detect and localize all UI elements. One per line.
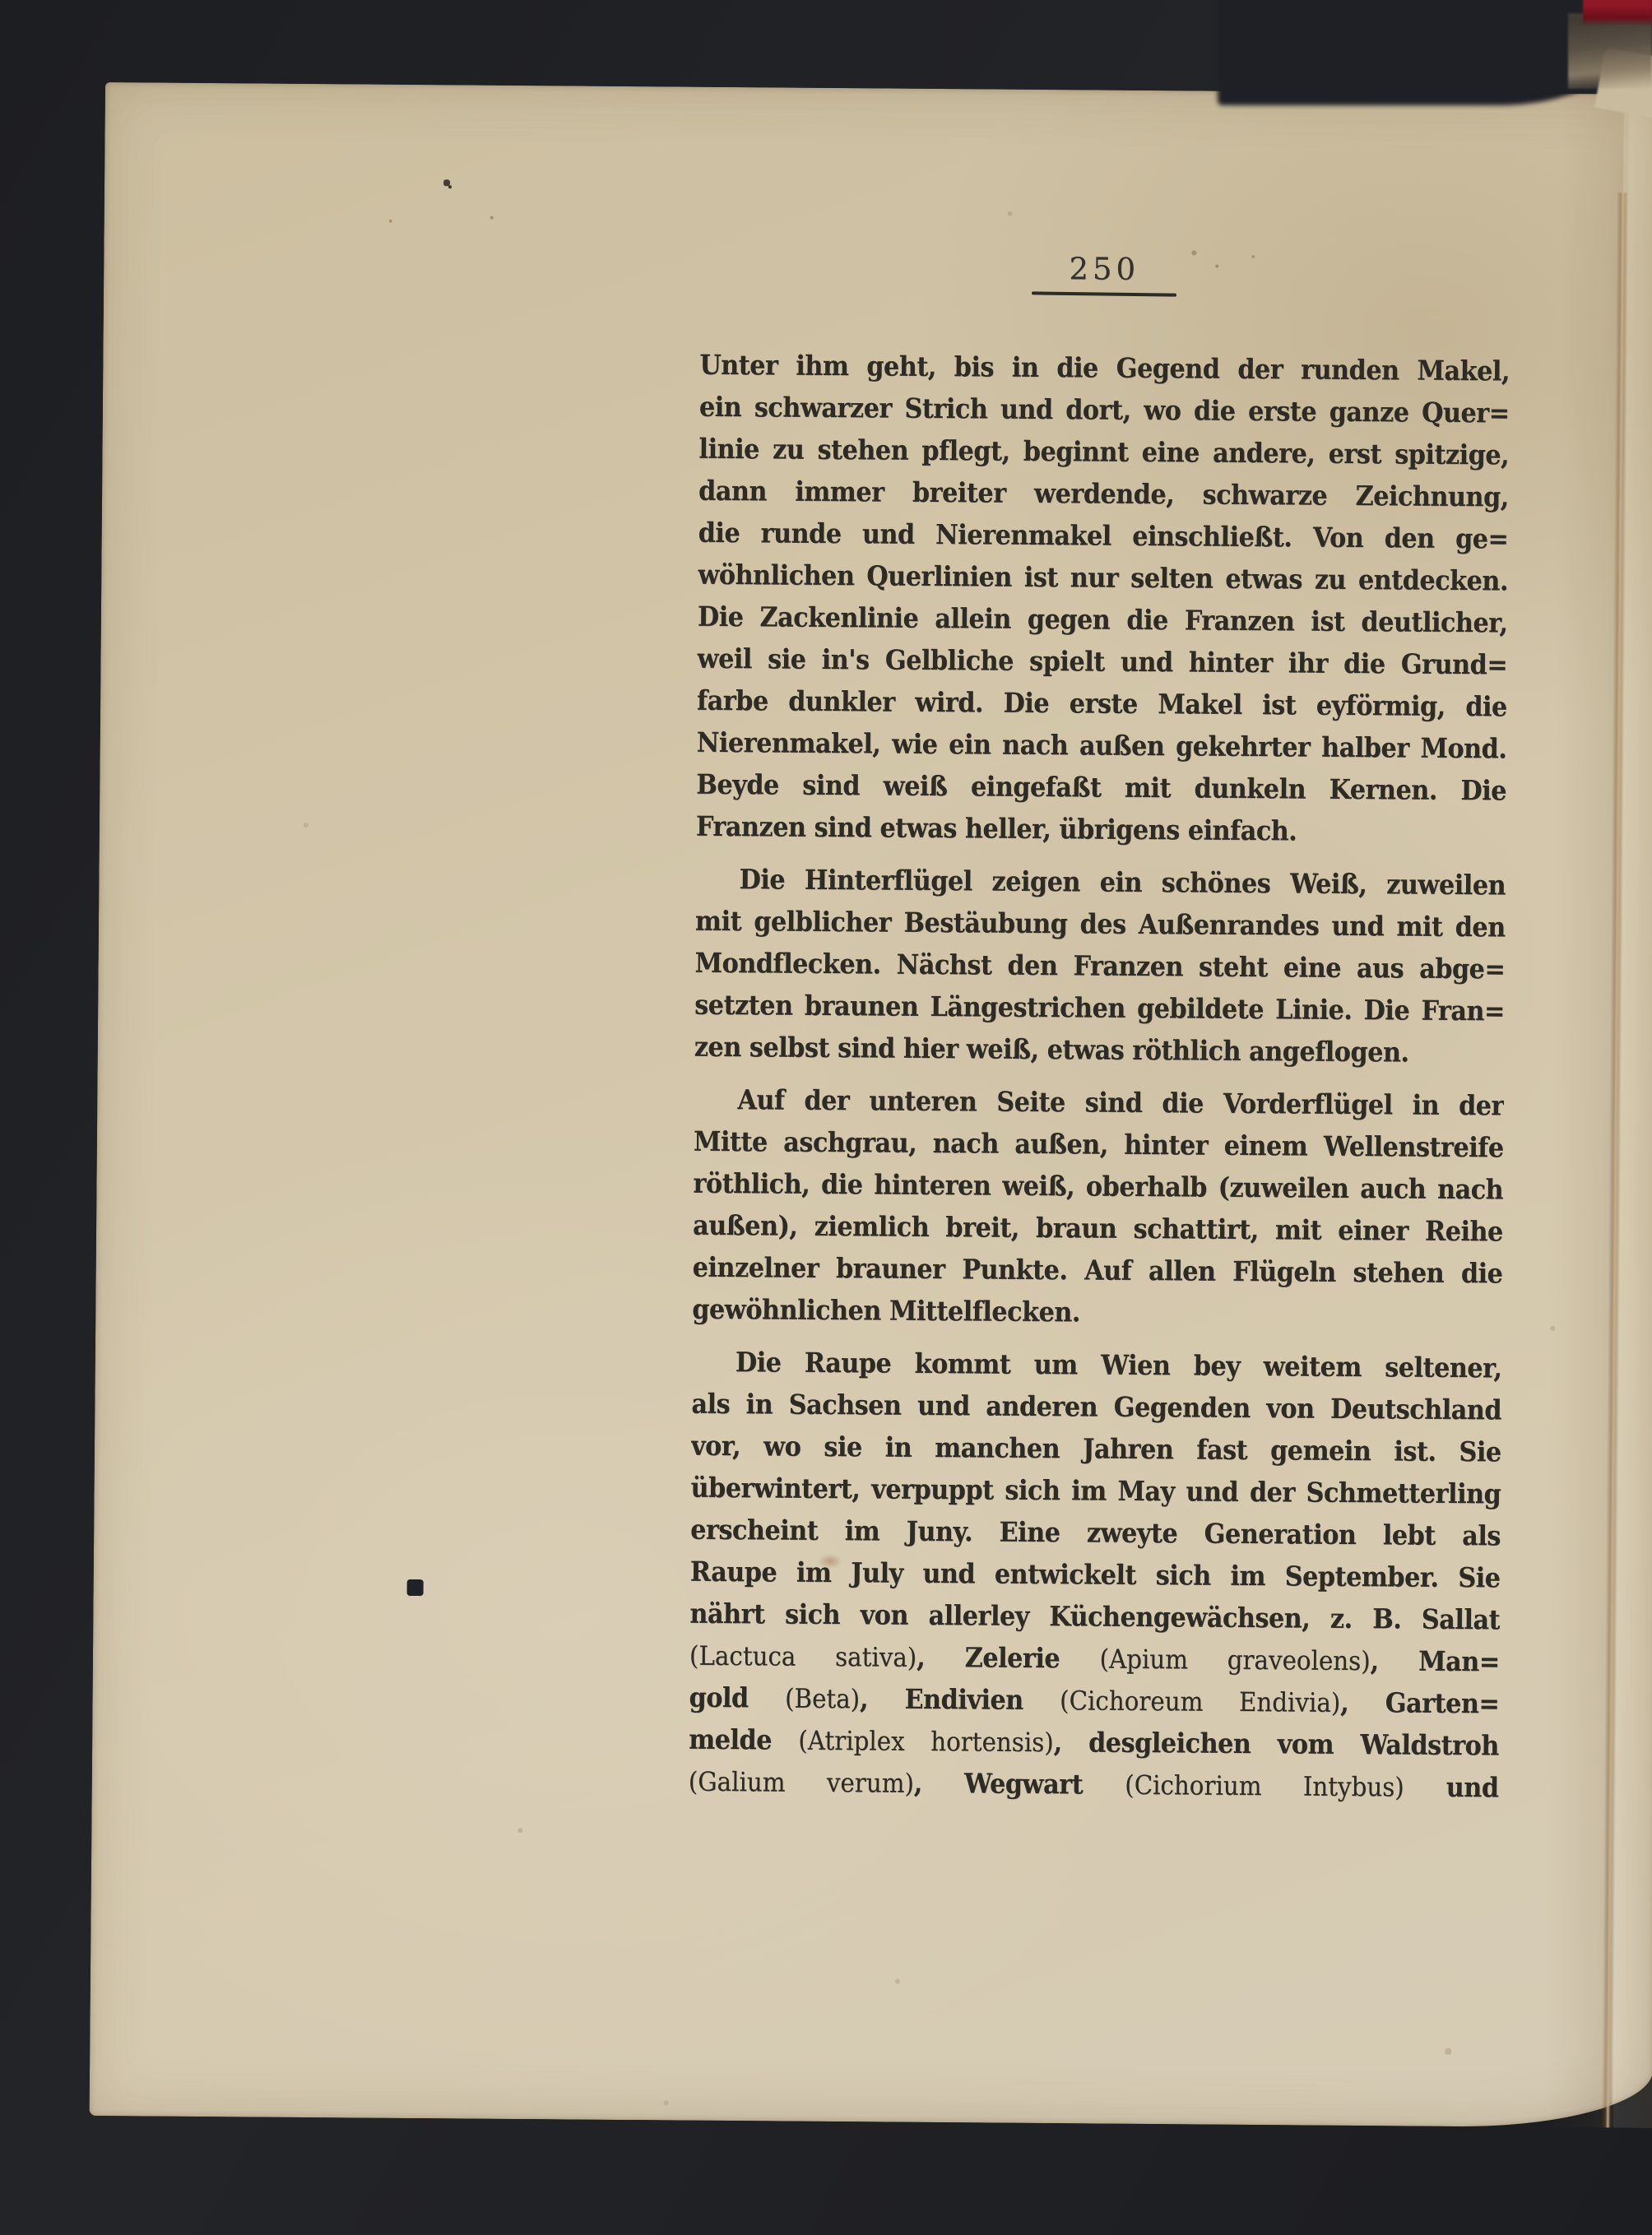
fraktur-text-segment: , Zelerie <box>916 1641 1100 1675</box>
fraktur-text-segment: melde <box>689 1723 798 1756</box>
text-line: Auf der unteren Seite sind die Vorderflü… <box>694 1078 1504 1127</box>
latin-text-segment: (Beta) <box>785 1683 860 1715</box>
text-line: überwintert, verpuppt sich im May und de… <box>690 1467 1501 1515</box>
text-line: nährt sich von allerley Küchengewächsen,… <box>689 1593 1500 1641</box>
fraktur-text-segment: weil sie in's Gelbliche spielt und hinte… <box>697 642 1507 681</box>
text-line: Raupe im July und entwickelt sich im Sep… <box>690 1551 1501 1599</box>
paragraph: Die Raupe kommt um Wien bey weitem selte… <box>689 1341 1502 1809</box>
text-line: außen), ziemlich breit, braun schattirt,… <box>693 1204 1503 1253</box>
text-line: gewöhnlichen Mittelflecken. <box>692 1288 1502 1337</box>
fraktur-text-segment: Die Zackenlinie allein gegen die Franzen… <box>698 600 1508 639</box>
paragraph: Die Hinterflügel zeigen ein schönes Weiß… <box>694 858 1506 1074</box>
paper-specks <box>105 82 107 84</box>
text-column: Unter ihm geht, bis in die Gegend der ru… <box>689 344 1510 1809</box>
fraktur-text-segment: ein schwarzer Strich und dort, wo die er… <box>699 391 1510 429</box>
fraktur-text-segment: überwintert, verpuppt sich im May und de… <box>690 1472 1501 1510</box>
text-line: wöhnlichen Querlinien ist nur selten etw… <box>698 554 1508 602</box>
text-line: vor, wo sie in manchen Jahren fast gemei… <box>691 1425 1501 1473</box>
text-line: Die Raupe kommt um Wien bey weitem selte… <box>692 1341 1502 1389</box>
text-line: Beyde sind weiß eingefaßt mit dunkeln Ke… <box>696 763 1506 812</box>
fraktur-text-segment: nährt sich von allerley Küchengewächsen,… <box>689 1597 1500 1636</box>
fraktur-text-segment: erscheint im Juny. Eine zweyte Generatio… <box>690 1514 1501 1552</box>
text-line: als in Sachsen und anderen Gegenden von … <box>691 1383 1501 1431</box>
text-line: dann immer breiter werdende, schwarze Ze… <box>698 470 1509 518</box>
fraktur-text-segment: vor, wo sie in manchen Jahren fast gemei… <box>691 1430 1501 1468</box>
book-page: 250 Unter ihm geht, bis in die Gegend de… <box>90 82 1652 2128</box>
text-line: Nierenmakel, wie ein nach außen gekehrte… <box>697 721 1507 770</box>
fraktur-text-segment: farbe dunkler wird. Die erste Makel ist … <box>697 684 1507 723</box>
text-line: linie zu stehen pflegt, beginnt eine and… <box>698 428 1509 476</box>
fraktur-text-segment: , desgleichen vom Waldstroh <box>1054 1726 1500 1761</box>
fraktur-text-segment: einzelner brauner Punkte. Auf allen Flüg… <box>693 1251 1503 1290</box>
fraktur-text-segment: Raupe im July und entwickelt sich im Sep… <box>690 1556 1501 1594</box>
fraktur-text-segment: , Garten= <box>1340 1686 1499 1720</box>
fraktur-text-segment: Die Hinterflügel zeigen ein schönes Weiß… <box>739 863 1506 901</box>
fraktur-text-segment: und <box>1404 1770 1499 1803</box>
fraktur-text-segment: linie zu stehen pflegt, beginnt eine and… <box>698 433 1509 471</box>
latin-text-segment: (Cichorium Intybus) <box>1125 1769 1404 1803</box>
text-line: farbe dunkler wird. Die erste Makel ist … <box>697 679 1507 728</box>
paragraph: Auf der unteren Seite sind die Vorderflü… <box>692 1078 1504 1337</box>
page-header: 250 <box>1017 251 1191 297</box>
text-line: Unter ihm geht, bis in die Gegend der ru… <box>699 344 1510 392</box>
text-line: Mondflecken. Nächst den Franzen steht ei… <box>694 942 1505 990</box>
page-number: 250 <box>1069 251 1139 287</box>
text-line: melde (Atriplex hortensis), desgleichen … <box>689 1718 1499 1767</box>
fraktur-text-segment: Auf der unteren Seite sind die Vorderflü… <box>737 1083 1504 1121</box>
book-cover-red-edge <box>1583 0 1652 26</box>
text-line: weil sie in's Gelbliche spielt und hinte… <box>697 638 1507 686</box>
fraktur-text-segment: röthlich, die hinteren weiß, oberhalb (z… <box>693 1167 1503 1206</box>
text-line: ein schwarzer Strich und dort, wo die er… <box>699 386 1510 434</box>
fraktur-text-segment: Mitte aschgrau, nach außen, hinter einem… <box>694 1125 1504 1164</box>
fraktur-text-segment: Nierenmakel, wie ein nach außen gekehrte… <box>697 726 1507 765</box>
text-line: die runde und Nierenmakel einschließt. V… <box>698 512 1509 560</box>
fraktur-text-segment: Die Raupe kommt um Wien bey weitem selte… <box>736 1346 1502 1384</box>
fraktur-text-segment: setzten braunen Längestrichen gebildete … <box>694 989 1505 1027</box>
latin-text-segment: (Apium graveolens) <box>1099 1644 1370 1677</box>
fraktur-text-segment: als in Sachsen und anderen Gegenden von … <box>691 1388 1501 1426</box>
text-line: setzten braunen Längestrichen gebildete … <box>694 984 1505 1032</box>
latin-text-segment: (Atriplex hortensis) <box>798 1725 1054 1758</box>
text-line: zen selbst sind hier weiß, etwas röthlic… <box>694 1026 1505 1074</box>
text-line: (Galium verum), Wegwart (Cichorium Intyb… <box>689 1760 1499 1809</box>
fraktur-text-segment: Mondflecken. Nächst den Franzen steht ei… <box>694 947 1505 985</box>
latin-text-segment: (Galium verum) <box>689 1766 914 1799</box>
fraktur-text-segment: dann immer breiter werdende, schwarze Ze… <box>698 475 1509 518</box>
fraktur-text-segment: , Man= <box>1370 1644 1499 1677</box>
scanner-background: 250 Unter ihm geht, bis in die Gegend de… <box>0 0 1652 2235</box>
text-line: erscheint im Juny. Eine zweyte Generatio… <box>690 1509 1501 1557</box>
latin-text-segment: (Lactuca sativa) <box>689 1640 916 1673</box>
fraktur-text-segment: gewöhnlichen Mittelflecken. <box>692 1293 1080 1328</box>
fraktur-text-segment: die runde und Nierenmakel einschließt. V… <box>698 517 1509 555</box>
fraktur-text-segment: wöhnlichen Querlinien ist nur selten etw… <box>698 559 1508 597</box>
page-number-rule <box>1032 291 1176 296</box>
fraktur-text-segment: Unter ihm geht, bis in die Gegend der ru… <box>699 349 1510 387</box>
fraktur-text-segment: gold <box>689 1681 785 1714</box>
text-line: (Lactuca sativa), Zelerie (Apium graveol… <box>689 1635 1500 1683</box>
text-line: röthlich, die hinteren weiß, oberhalb (z… <box>693 1162 1503 1211</box>
paragraph: Unter ihm geht, bis in die Gegend der ru… <box>696 344 1510 854</box>
text-line: Die Hinterflügel zeigen ein schönes Weiß… <box>695 858 1506 907</box>
fraktur-text-segment: Beyde sind weiß eingefaßt mit dunkeln Ke… <box>696 768 1506 807</box>
text-line: Mitte aschgrau, nach außen, hinter einem… <box>694 1120 1504 1169</box>
text-line: einzelner brauner Punkte. Auf allen Flüg… <box>693 1246 1503 1295</box>
text-line: Die Zackenlinie allein gegen die Franzen… <box>698 596 1508 644</box>
fraktur-text-segment: mit gelblicher Bestäubung des Außenrande… <box>695 905 1506 944</box>
text-line: Franzen sind etwas heller, übrigens einf… <box>696 805 1506 854</box>
fraktur-text-segment: außen), ziemlich breit, braun schattirt,… <box>693 1209 1503 1248</box>
fraktur-text-segment: , Wegwart <box>914 1767 1125 1801</box>
text-line: gold (Beta), Endivien (Cichoreum Endivia… <box>689 1676 1499 1725</box>
fraktur-text-segment: Franzen sind etwas heller, übrigens einf… <box>696 810 1297 847</box>
fraktur-text-segment: , Endivien <box>860 1682 1060 1716</box>
text-line: mit gelblicher Bestäubung des Außenrande… <box>695 900 1506 948</box>
latin-text-segment: (Cichoreum Endivia) <box>1060 1685 1340 1718</box>
fraktur-text-segment: zen selbst sind hier weiß, etwas röthlic… <box>694 1031 1409 1069</box>
